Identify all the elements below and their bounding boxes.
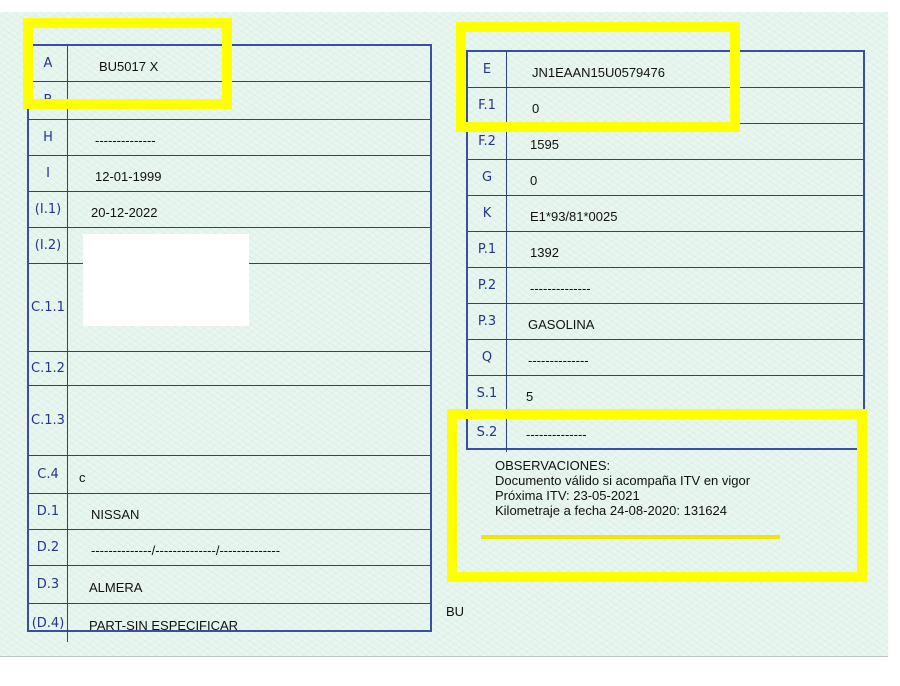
field-row: C.1.2 — [29, 352, 430, 386]
field-code: (D.4) — [29, 604, 68, 642]
highlight-box-vin — [456, 22, 740, 132]
redacted-area — [83, 234, 249, 326]
field-row: P.3GASOLINA — [468, 304, 863, 340]
field-value: 1595 — [530, 137, 559, 152]
field-row: D.2--------------/--------------/-------… — [29, 530, 430, 566]
field-value: 0 — [530, 173, 537, 188]
field-row: KE1*93/81*0025 — [468, 196, 863, 232]
field-code: S.1 — [468, 376, 507, 411]
province-code: BU — [446, 604, 464, 619]
field-value: ALMERA — [89, 580, 142, 595]
field-value: -------------- — [95, 133, 156, 148]
field-row: S.15 — [468, 376, 863, 412]
field-row: D.1NISSAN — [29, 494, 430, 530]
field-code: C.1.1 — [29, 264, 68, 351]
field-code: D.3 — [29, 566, 68, 603]
field-code: C.1.2 — [29, 352, 68, 385]
field-row: D.3ALMERA — [29, 566, 430, 604]
field-value: -------------- — [530, 281, 591, 296]
field-code: G — [468, 160, 507, 195]
field-code: P.3 — [468, 304, 507, 339]
field-value: GASOLINA — [528, 317, 594, 332]
field-code: P.2 — [468, 268, 507, 303]
field-code: P.1 — [468, 232, 507, 267]
highlight-box-plate — [23, 18, 232, 109]
field-row: (I.1)20-12-2022 — [29, 192, 430, 228]
field-value: -------------- — [528, 353, 589, 368]
field-value: PART-SIN ESPECIFICAR — [89, 618, 238, 633]
field-code: (I.2) — [29, 228, 68, 263]
field-row: C.1.3 — [29, 386, 430, 456]
field-code: C.1.3 — [29, 386, 68, 455]
field-code: I — [29, 156, 68, 191]
highlight-underline — [481, 535, 780, 539]
field-value: NISSAN — [91, 507, 139, 522]
field-row: C.4c — [29, 456, 430, 494]
field-row: H-------------- — [29, 120, 430, 156]
field-code: K — [468, 196, 507, 231]
field-code: Q — [468, 340, 507, 375]
field-value: 1392 — [530, 245, 559, 260]
field-value: 5 — [526, 389, 533, 404]
field-row: I12-01-1999 — [29, 156, 430, 192]
field-value: --------------/--------------/----------… — [91, 543, 280, 558]
field-value: E1*93/81*0025 — [530, 209, 617, 224]
field-value: 20-12-2022 — [91, 205, 158, 220]
field-value: 12-01-1999 — [95, 169, 162, 184]
field-row: G0 — [468, 160, 863, 196]
left-field-table: ABU5017 XBH--------------I12-01-1999(I.1… — [27, 44, 432, 632]
field-value: c — [79, 470, 86, 485]
field-code: D.2 — [29, 530, 68, 565]
field-row: (D.4)PART-SIN ESPECIFICAR — [29, 604, 430, 642]
field-row: Q-------------- — [468, 340, 863, 376]
field-code: D.1 — [29, 494, 68, 529]
field-row: P.11392 — [468, 232, 863, 268]
field-code: C.4 — [29, 456, 68, 493]
field-code: (I.1) — [29, 192, 68, 227]
field-row: P.2-------------- — [468, 268, 863, 304]
field-code: H — [29, 120, 68, 155]
highlight-box-observations — [447, 409, 867, 582]
